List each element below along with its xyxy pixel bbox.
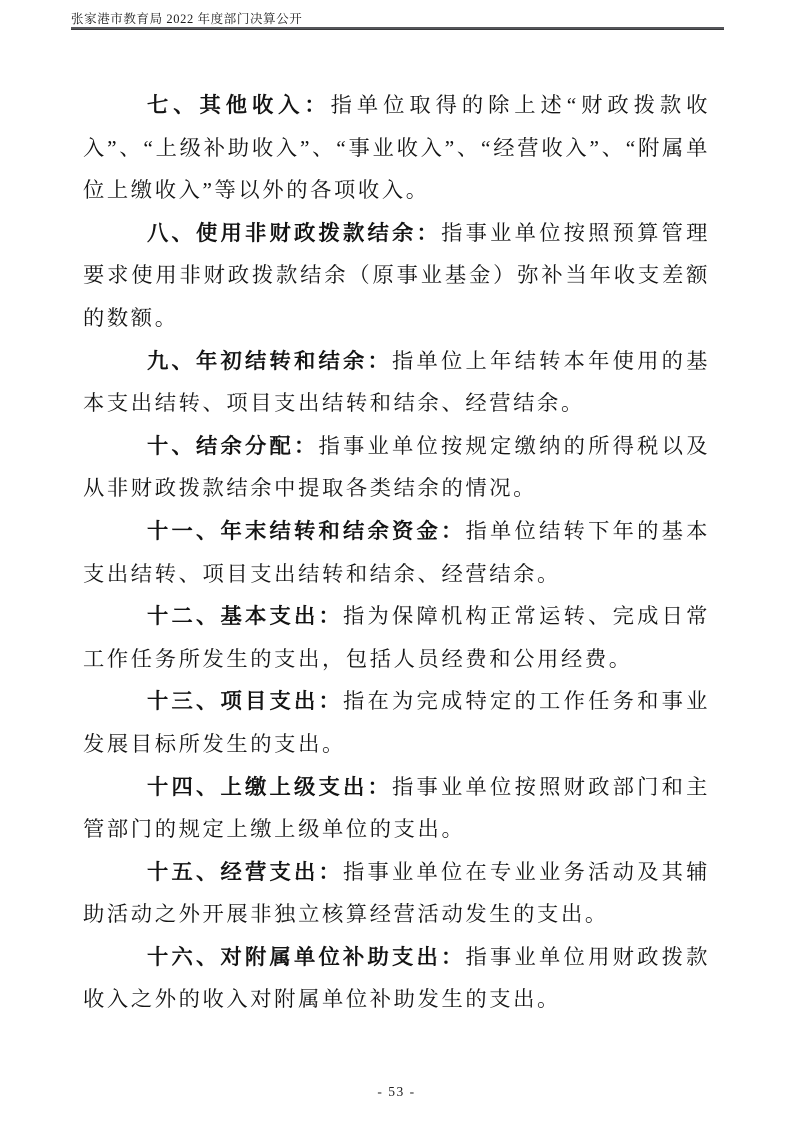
term-label: 十六、对附属单位补助支出： [147, 945, 466, 969]
page-number: - 53 - [0, 1084, 793, 1100]
definition-paragraph: 十一、年末结转和结余资金：指单位结转下年的基本支出结转、项目支出结转和结余、经营… [83, 510, 710, 595]
definition-paragraph: 十五、经营支出：指事业单位在专业业务活动及其辅助活动之外开展非独立核算经营活动发… [83, 851, 710, 936]
definition-paragraph: 十四、上缴上级支出：指事业单位按照财政部门和主管部门的规定上缴上级单位的支出。 [83, 766, 710, 851]
term-label: 十、结余分配： [147, 434, 319, 458]
definition-paragraph: 十二、基本支出：指为保障机构正常运转、完成日常工作任务所发生的支出，包括人员经费… [83, 595, 710, 680]
definition-paragraph: 九、年初结转和结余：指单位上年结转本年使用的基本支出结转、项目支出结转和结余、经… [83, 340, 710, 425]
definition-paragraph: 十六、对附属单位补助支出：指事业单位用财政拨款收入之外的收入对附属单位补助发生的… [83, 936, 710, 1021]
term-label: 十一、年末结转和结余资金： [147, 519, 466, 543]
document-body: 七、其他收入：指单位取得的除上述“财政拨款收入”、“上级补助收入”、“事业收入”… [83, 84, 710, 1021]
term-label: 十二、基本支出： [147, 604, 343, 628]
term-label: 十四、上缴上级支出： [147, 775, 392, 799]
definition-paragraph: 十、结余分配：指事业单位按规定缴纳的所得税以及从非财政拨款结余中提取各类结余的情… [83, 425, 710, 510]
term-label: 七、其他收入： [147, 93, 331, 117]
term-label: 八、使用非财政拨款结余： [147, 221, 441, 245]
definition-paragraph: 七、其他收入：指单位取得的除上述“财政拨款收入”、“上级补助收入”、“事业收入”… [83, 84, 710, 212]
definition-paragraph: 十三、项目支出：指在为完成特定的工作任务和事业发展目标所发生的支出。 [83, 680, 710, 765]
header-rule-divider [71, 27, 724, 30]
term-label: 九、年初结转和结余： [147, 349, 392, 373]
definition-paragraph: 八、使用非财政拨款结余：指事业单位按照预算管理要求使用非财政拨款结余（原事业基金… [83, 212, 710, 340]
running-header-title: 张家港市教育局 2022 年度部门决算公开 [71, 9, 302, 27]
document-page: { "page": { "header_title": "张家港市教育局 202… [0, 0, 793, 1122]
term-label: 十三、项目支出： [147, 689, 343, 713]
term-label: 十五、经营支出： [147, 860, 343, 884]
